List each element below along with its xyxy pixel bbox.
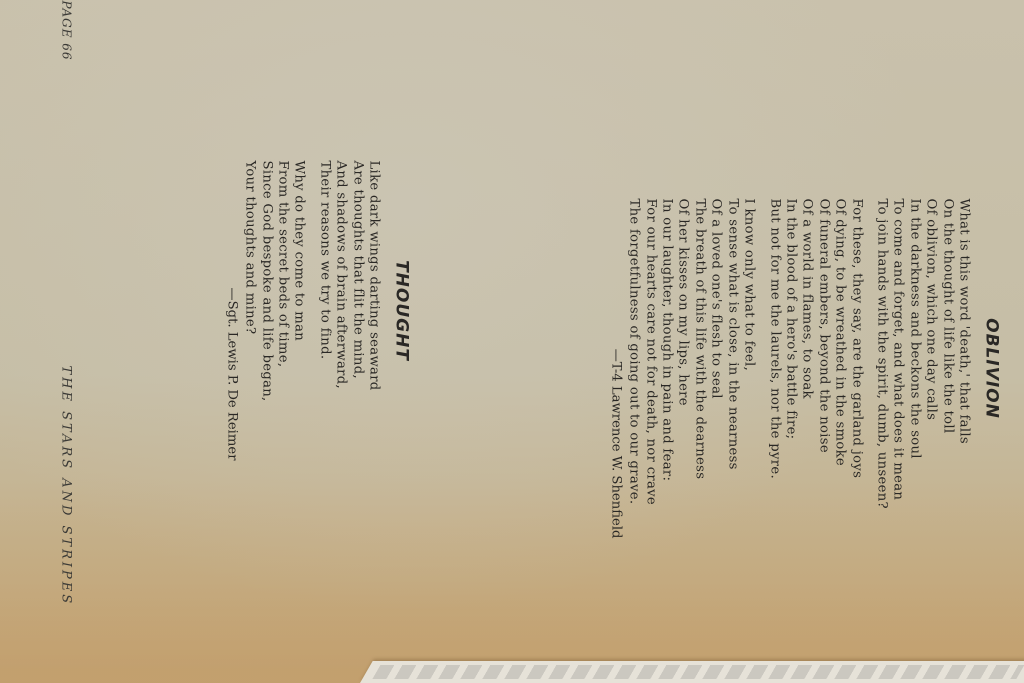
poem-oblivion: OBLIVION What is this word 'death,' that…	[598, 199, 1001, 539]
poem-line: For these, they say, are the garland joy…	[848, 199, 864, 539]
poem-line: To join hands with the spirit, dumb, uns…	[873, 199, 889, 539]
poem-line: Of funeral embers, beyond the noise	[815, 199, 831, 539]
poem-title: OBLIVION	[982, 199, 1002, 539]
stanza: What is this word 'death,' that falls On…	[873, 199, 971, 539]
poem-line: Are thoughts that flit the mind,	[349, 161, 365, 461]
poem-author: —Sgt. Lewis P. De Reimer	[223, 161, 239, 461]
book-page: OBLIVION What is this word 'death,' that…	[0, 1, 1024, 683]
poem-line: In the blood of a hero's battle fire;	[782, 199, 798, 539]
running-footer: THE STARS AND STRIPES	[59, 366, 74, 607]
stanza: For these, they say, are the garland joy…	[766, 199, 864, 539]
poem-line: And shadows of brain afterward,	[332, 161, 348, 461]
poem-line: But not for me the laurels, nor the pyre…	[766, 199, 782, 539]
stanza: Why do they come to man From the secret …	[223, 161, 307, 461]
poem-line: Like dark wings darting seaward	[365, 161, 381, 461]
poem-line: Your thoughts and mine?	[241, 161, 257, 461]
poem-line: Of a loved one's flesh to seal	[707, 199, 723, 539]
poem-line: I know only what to feel,	[740, 199, 756, 539]
poem-line: Of her kisses on my lips, here	[675, 199, 691, 539]
poem-author: —T-4 Lawrence W. Shenfield	[607, 199, 623, 539]
poem-line: To sense what is close, in the nearness	[724, 199, 740, 539]
poem-line: For our hearts care not for death, nor c…	[642, 199, 658, 539]
poem-line: Of oblivion, which one day calls	[922, 199, 938, 539]
poem-title: THOUGHT	[392, 161, 412, 461]
poem-line: From the secret beds of time,	[274, 161, 290, 461]
poem-line: What is this word 'death,' that falls	[955, 199, 971, 539]
poem-line: Since God bespoke and life began,	[258, 161, 274, 461]
poem-thought: THOUGHT Like dark wings darting seaward …	[214, 161, 411, 461]
stanza: Like dark wings darting seaward Are thou…	[316, 161, 382, 461]
poem-line: On the thought of life like the toll	[939, 199, 955, 539]
stanza: I know only what to feel, To sense what …	[607, 199, 756, 539]
poem-line: In our laughter, though in pain and fear…	[658, 199, 674, 539]
poem-line: Of a world in flames, to soak	[798, 199, 814, 539]
page-number: PAGE 66	[60, 1, 74, 61]
poem-line: Of dying, to be wreathed in the smoke	[831, 199, 847, 539]
poem-line: Why do they come to man	[290, 161, 306, 461]
poem-line: Their reasons we try to find.	[316, 161, 332, 461]
poem-line: In the darkness and beckons the soul	[906, 199, 922, 539]
poem-line: The forgetfulness of going out to our gr…	[625, 199, 641, 539]
poem-line: To come and forget, and what does it mea…	[889, 199, 905, 539]
poem-line: The breath of this life with the dearnes…	[691, 199, 707, 539]
